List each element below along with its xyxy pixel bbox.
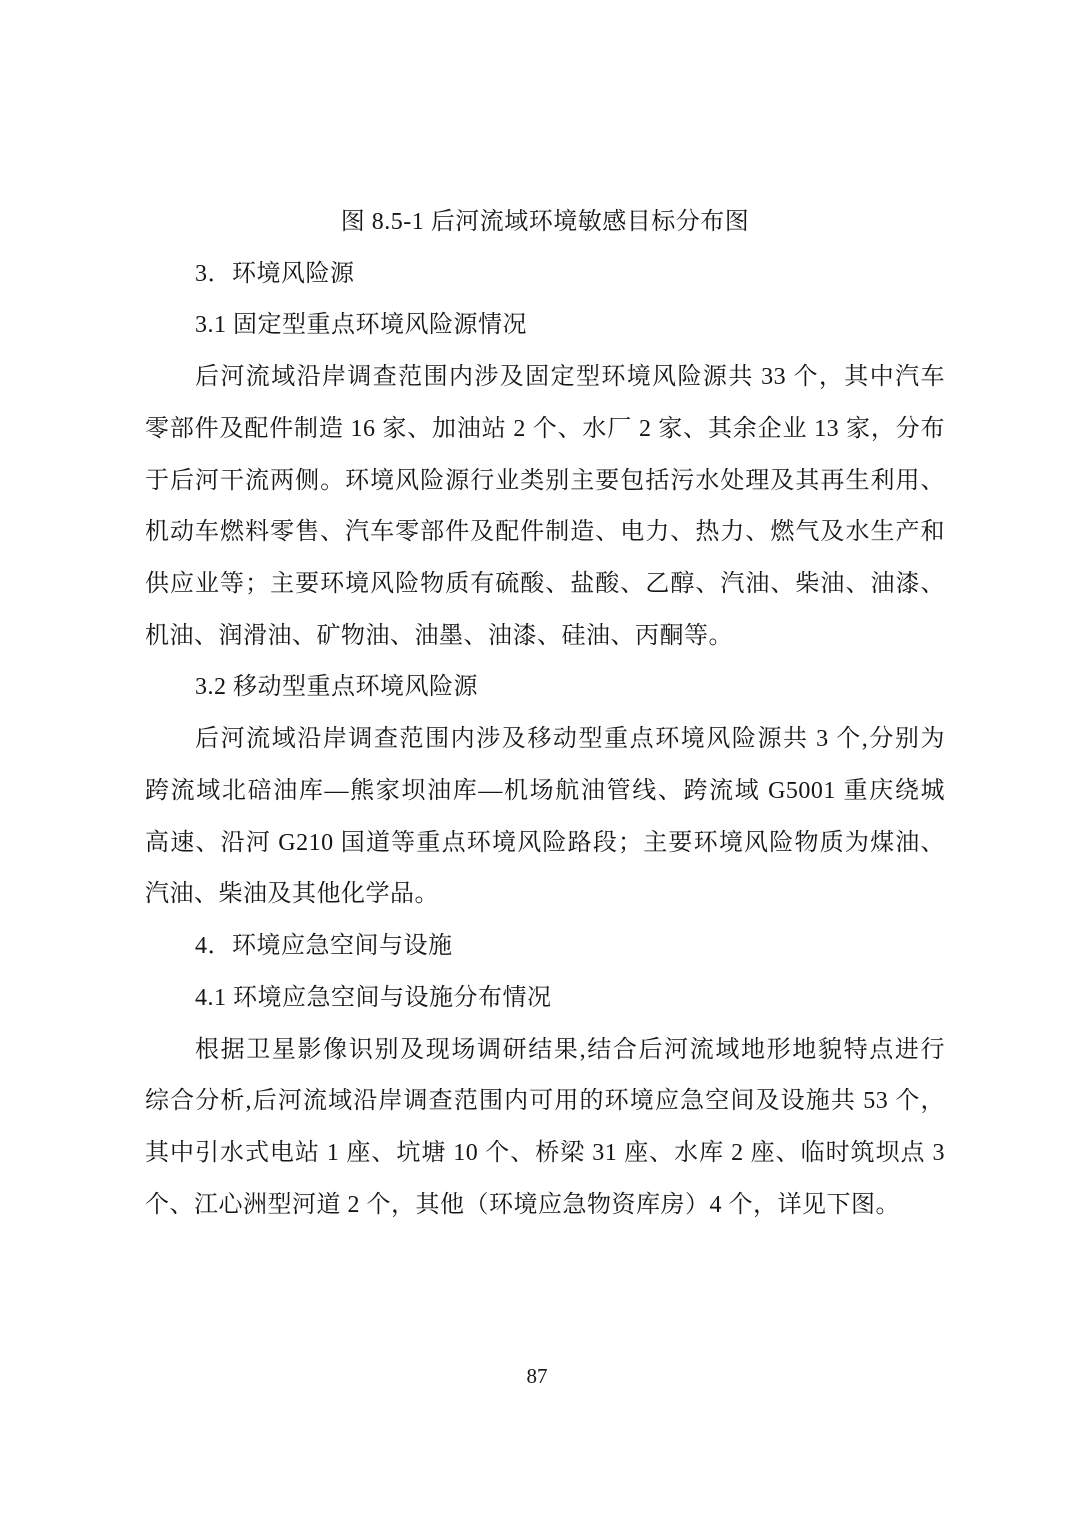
paragraph-line: 零部件及配件制造 16 家、加油站 2 个、水厂 2 家、其余企业 13 家，分…: [145, 404, 945, 456]
paragraph-line: 跨流域北碚油库—熊家坝油库—机场航油管线、跨流域 G5001 重庆绕城: [145, 766, 945, 818]
paragraph-line: 后河流域沿岸调查范围内涉及移动型重点环境风险源共 3 个,分别为: [145, 714, 945, 766]
paragraph-line: 根据卫星影像识别及现场调研结果,结合后河流域地形地貌特点进行: [145, 1025, 945, 1077]
page-content: 图 8.5-1 后河流域环境敏感目标分布图 3．环境风险源 3.1 固定型重点环…: [145, 197, 945, 1231]
section-4-1-heading: 4.1 环境应急空间与设施分布情况: [145, 973, 945, 1025]
paragraph-line: 其中引水式电站 1 座、坑塘 10 个、桥梁 31 座、水库 2 座、临时筑坝点…: [145, 1128, 945, 1180]
paragraph-line: 综合分析,后河流域沿岸调查范围内可用的环境应急空间及设施共 53 个，: [145, 1076, 945, 1128]
paragraph-line: 机油、润滑油、矿物油、油墨、油漆、硅油、丙酮等。: [145, 611, 945, 663]
figure-caption: 图 8.5-1 后河流域环境敏感目标分布图: [145, 197, 945, 249]
section-4-heading: 4．环境应急空间与设施: [145, 921, 945, 973]
section-3-1-heading: 3.1 固定型重点环境风险源情况: [145, 300, 945, 352]
section-3-heading: 3．环境风险源: [145, 249, 945, 301]
paragraph-line: 于后河干流两侧。环境风险源行业类别主要包括污水处理及其再生利用、: [145, 456, 945, 508]
paragraph-line: 机动车燃料零售、汽车零部件及配件制造、电力、热力、燃气及水生产和: [145, 507, 945, 559]
paragraph-line: 后河流域沿岸调查范围内涉及固定型环境风险源共 33 个，其中汽车: [145, 352, 945, 404]
paragraph-line: 个、江心洲型河道 2 个，其他（环境应急物资库房）4 个，详见下图。: [145, 1180, 945, 1232]
page-number: 87: [0, 1362, 1074, 1390]
paragraph-line: 汽油、柴油及其他化学品。: [145, 869, 945, 921]
paragraph-line: 供应业等；主要环境风险物质有硫酸、盐酸、乙醇、汽油、柴油、油漆、: [145, 559, 945, 611]
paragraph-line: 高速、沿河 G210 国道等重点环境风险路段；主要环境风险物质为煤油、: [145, 818, 945, 870]
section-3-2-heading: 3.2 移动型重点环境风险源: [145, 662, 945, 714]
